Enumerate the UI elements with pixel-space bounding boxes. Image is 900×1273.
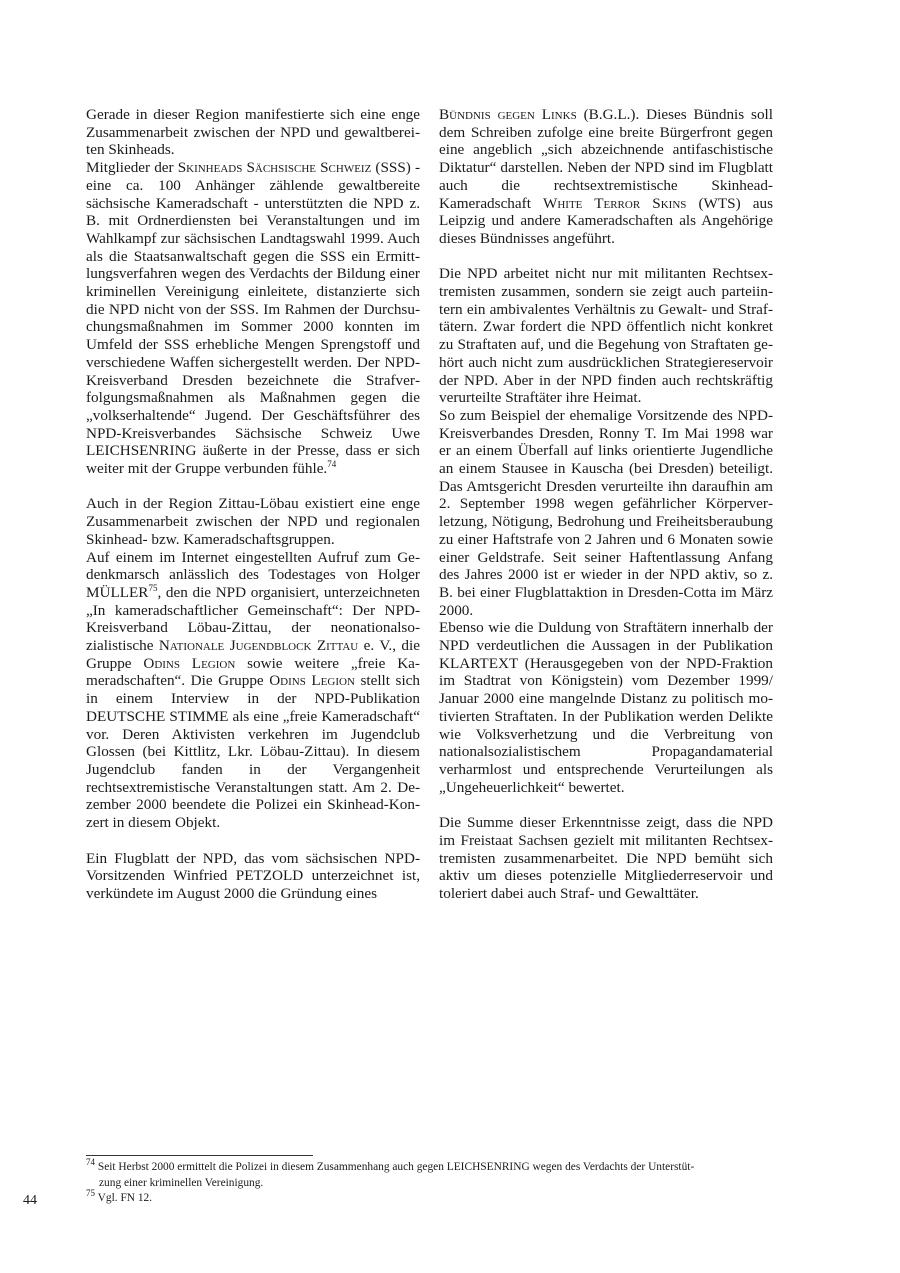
paragraph-text: Auch in der Region Zittau-Löbau existier… [86, 495, 420, 547]
page-number: 44 [23, 1193, 37, 1209]
right-text-column: Bündnis gegen Links (B.G.L.). Dieses Bün… [439, 106, 773, 903]
paragraph-text: Die Summe dieser Erkenntnisse zeigt, das… [439, 814, 773, 902]
footnote-divider [86, 1155, 313, 1156]
footnotes: 74 Seit Herbst 2000 ermittelt die Polize… [86, 1160, 776, 1207]
footnote-74: 74 Seit Herbst 2000 ermittelt die Polize… [86, 1160, 776, 1191]
paragraph: Mitglieder der Skinheads Sächsische Schw… [86, 159, 420, 478]
paragraph: Gerade in dieser Region manifestierte si… [86, 106, 420, 159]
organization-name: White Terror Skins [543, 195, 686, 212]
footnote-text: Seit Herbst 2000 ermittelt die Polizei i… [98, 1161, 694, 1173]
paragraph: Auf einem im Internet eingestellten Aufr… [86, 549, 420, 832]
organization-name: Skinheads Sächsische Schweiz [178, 159, 372, 176]
paragraph: Ebenso wie die Duldung von Straftätern i… [439, 619, 773, 796]
organization-name: Nationale Jugendblock Zittau [159, 637, 358, 654]
paragraph-text: So zum Beispiel der ehemalige Vorsitzend… [439, 407, 773, 619]
paragraph: Auch in der Region Zittau-Löbau existier… [86, 495, 420, 548]
footnote-number: 74 [86, 1157, 95, 1167]
footnote-text: Vgl. FN 12. [98, 1192, 152, 1204]
paragraph: Die Summe dieser Erkenntnisse zeigt, das… [439, 814, 773, 903]
paragraph-text: Mitglieder der [86, 159, 178, 176]
left-text-column: Gerade in dieser Region manifestierte si… [86, 106, 420, 903]
paragraph-text: Die NPD arbeitet nicht nur mit militante… [439, 265, 773, 406]
paragraph-text: stellt sich in einem Interview in der NP… [86, 672, 420, 831]
paragraph-text: (SSS) - eine ca. 100 Anhänger zählende g… [86, 159, 420, 477]
paragraph-text: Ein Flugblatt der NPD, das vom sächsisch… [86, 850, 420, 902]
paragraph: Bündnis gegen Links (B.G.L.). Dieses Bün… [439, 106, 773, 248]
organization-name: Bündnis gegen Links [439, 106, 577, 123]
footnote-number: 75 [86, 1188, 95, 1198]
organization-name: Odins Legion [143, 655, 235, 672]
paragraph-text: Gerade in dieser Region manifestierte si… [86, 106, 420, 158]
footnote-75: 75 Vgl. FN 12. [86, 1191, 776, 1207]
paragraph: So zum Beispiel der ehemalige Vorsitzend… [439, 407, 773, 619]
footnote-reference: 74 [327, 459, 336, 469]
paragraph: Ein Flugblatt der NPD, das vom sächsisch… [86, 850, 420, 903]
paragraph-text: Ebenso wie die Duldung von Straftätern i… [439, 619, 773, 795]
organization-name: Odins Legion [269, 672, 355, 689]
paragraph: Die NPD arbeitet nicht nur mit militante… [439, 265, 773, 407]
footnote-text-continued: zung einer kriminellen Vereinigung. [86, 1176, 776, 1192]
